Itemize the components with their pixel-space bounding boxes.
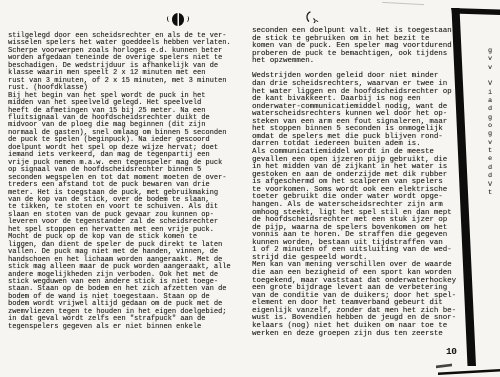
bottom-scan-line	[438, 369, 500, 375]
scanned-page: stilgelegd door een scheidsrechter en al…	[0, 0, 500, 377]
page-number: 10	[446, 346, 456, 357]
ink-smudge-mark	[305, 11, 321, 25]
border-top-edge	[451, 8, 500, 15]
body-text-left-column: stilgelegd door een scheidsrechter en al…	[8, 33, 231, 331]
scan-scratch-line	[382, 2, 424, 5]
body-text-right-column: seconden een doelpunt valt. Het is toege…	[252, 28, 456, 338]
pen-dash-mark	[436, 364, 452, 369]
punch-hole-mark	[172, 13, 184, 26]
adjacent-page-edge-text: g v v V i a d g o g v t e d d V t	[485, 47, 495, 197]
